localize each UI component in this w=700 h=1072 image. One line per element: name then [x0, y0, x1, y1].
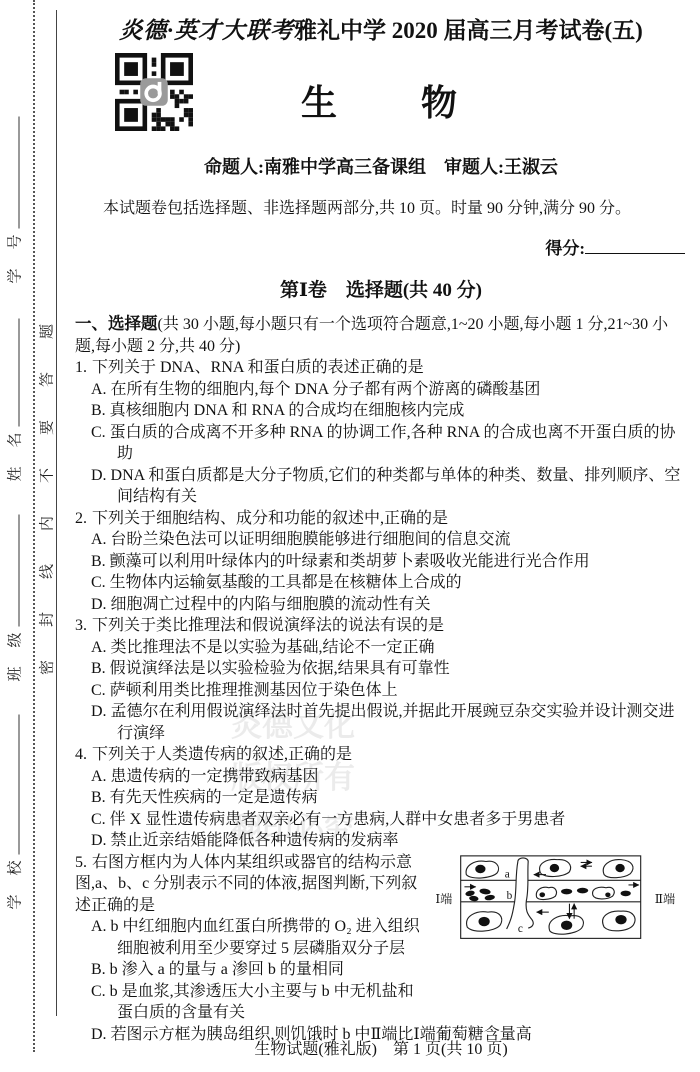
figure-label-c: c [518, 922, 523, 934]
option-b: B. 真核细胞内 DNA 和 RNA 的合成均在细胞核内完成 [91, 400, 687, 422]
page-footer: 生物试题(雅礼版) 第 1 页(共 10 页) [75, 1036, 687, 1059]
class-blank [16, 514, 20, 626]
school-blank [16, 714, 20, 854]
option-c: C. 萨顿利用类比推理推测基因位于染色体上 [91, 680, 687, 702]
section-intro-heading: 一、选择题 [75, 314, 158, 333]
exam-instructions: 本试题卷包括选择题、非选择题两部分,共 10 页。时量 90 分钟,满分 90 … [75, 195, 687, 218]
option-a: A. 类比推理法不是以实验为基础,结论不一定正确 [91, 637, 687, 659]
score-blank [585, 249, 685, 254]
qr-logo [140, 78, 168, 106]
question-stem-text: 下列关于人类遗传病的叙述,正确的是 [92, 746, 352, 763]
part-title: 第Ⅰ卷 选择题(共 40 分) [75, 275, 687, 302]
question-3: 3.下列关于类比推理法和假说演绎法的说法有误的是 A. 类比推理法不是以实验为基… [75, 615, 687, 744]
figure-label-b: b [507, 890, 513, 902]
margin-field-student-number: 学 号 [4, 116, 25, 283]
section-intro: 一、选择题(共 30 小题,每小题只有一个选项符合题意,1~20 小题,每小题 … [75, 313, 687, 357]
question-stem-text: 下列关于细胞结构、成分和功能的叙述中,正确的是 [92, 510, 448, 527]
question-number: 2. [75, 510, 87, 527]
question-stem-text: 下列关于类比推理法和假说演绎法的说法有误的是 [92, 617, 444, 634]
question-stem: 2.下列关于细胞结构、成分和功能的叙述中,正确的是 [75, 508, 687, 530]
exam-page: 炎德·英才大联考雅礼中学 2020 届高三月考试卷(五) 生 物 命题人:南 [75, 0, 687, 1045]
question-number: 4. [75, 746, 87, 763]
question-stem: 1.下列关于 DNA、RNA 和蛋白质的表述正确的是 [75, 357, 687, 379]
section-intro-text: (共 30 小题,每小题只有一个选项符合题意,1~20 小题,每小题 1 分,2… [75, 316, 668, 355]
margin-field-name: 姓 名 [4, 318, 25, 481]
option-b: B. 假说演绎法是以实验检验为依据,结果具有可靠性 [91, 658, 687, 680]
paper-title: 炎德·英才大联考雅礼中学 2020 届高三月考试卷(五) [75, 12, 687, 45]
option-d: D. 细胞凋亡过程中的内陷与细胞膜的流动性有关 [91, 594, 687, 616]
question-4: 4.下列关于人类遗传病的叙述,正确的是 A. 患遗传病的一定携带致病基因 B. … [75, 744, 687, 852]
option-d: D. 孟德尔在利用假说演绎法时首先提出假说,并据此开展豌豆杂交实验并设计测交进行… [91, 701, 687, 744]
figure-end-left-label: Ⅰ端 [435, 890, 452, 905]
exam-title: 雅礼中学 2020 届高三月考试卷(五) [294, 18, 643, 43]
option-a: A. 台盼兰染色法可以证明细胞膜能够进行细胞间的信息交流 [91, 529, 687, 551]
subject-row: 生 物 [75, 51, 687, 145]
score-row: 得分: [75, 234, 687, 259]
class-label: 班 级 [8, 630, 24, 681]
question-number: 1. [75, 359, 87, 376]
option-c: C. b 是血浆,其渗透压大小主要与 b 中无机盐和蛋白质的含量有关 [91, 981, 687, 1024]
student-number-blank [16, 116, 20, 228]
figure-end-right-label: Ⅱ端 [655, 890, 675, 905]
student-number-label: 学 号 [8, 232, 24, 283]
school-label: 学 校 [8, 858, 24, 909]
exam-series-title: 炎德·英才大联考 [119, 18, 294, 43]
setters-line: 命题人:南雅中学高三备课组 审题人:王淑云 [75, 153, 687, 179]
question-5: Ⅰ端 Ⅱ端 [75, 852, 687, 1046]
option-d: D. 禁止近亲结婚能降低各种遗传病的发病率 [91, 830, 687, 852]
option-c: C. 蛋白质的合成离不开多种 RNA 的协调工作,各种 RNA 的合成也离不开蛋… [91, 422, 687, 465]
margin-field-class: 班 级 [4, 514, 25, 681]
option-d: D. DNA 和蛋白质都是大分子物质,它们的种类都与单体的种类、数量、排列顺序、… [91, 465, 687, 508]
qr-code [115, 53, 193, 131]
figure-label-a: a [505, 868, 510, 880]
tissue-figure: Ⅰ端 Ⅱ端 [435, 854, 687, 944]
name-label: 姓 名 [8, 430, 24, 481]
question-1: 1.下列关于 DNA、RNA 和蛋白质的表述正确的是 A. 在所有生物的细胞内,… [75, 357, 687, 508]
score-label: 得分: [545, 239, 585, 258]
option-a: A. 在所有生物的细胞内,每个 DNA 分子都有两个游离的磷酸基团 [91, 379, 687, 401]
tissue-figure-svg: Ⅰ端 Ⅱ端 [435, 854, 687, 944]
option-c: C. 伴 X 显性遗传病患者双亲必有一方患病,人群中女患者多于男患者 [91, 809, 687, 831]
question-number: 3. [75, 617, 87, 634]
seal-line-text: 密 封 线 内 不 要 答 题 [36, 315, 57, 675]
question-stem: 4.下列关于人类遗传病的叙述,正确的是 [75, 744, 687, 766]
question-2: 2.下列关于细胞结构、成分和功能的叙述中,正确的是 A. 台盼兰染色法可以证明细… [75, 508, 687, 616]
margin-field-school: 学 校 [4, 714, 25, 909]
option-b: B. 有先天性疾病的一定是遗传病 [91, 787, 687, 809]
option-b: B. 颤藻可以利用叶绿体内的叶绿素和类胡萝卜素吸收光能进行光合作用 [91, 551, 687, 573]
question-stem-text: 右图方框内为人体内某组织或器官的结构示意图,a、b、c 分别表示不同的体液,据图… [75, 854, 417, 914]
option-b: B. b 渗入 a 的量与 a 渗回 b 的量相同 [91, 959, 687, 981]
name-blank [16, 318, 20, 426]
question-number: 5. [75, 854, 87, 871]
option-a: A. 患遗传病的一定携带致病基因 [91, 766, 687, 788]
question-stem: 3.下列关于类比推理法和假说演绎法的说法有误的是 [75, 615, 687, 637]
option-c: C. 生物体内运输氨基酸的工具都是在核糖体上合成的 [91, 572, 687, 594]
question-stem-text: 下列关于 DNA、RNA 和蛋白质的表述正确的是 [92, 359, 424, 376]
